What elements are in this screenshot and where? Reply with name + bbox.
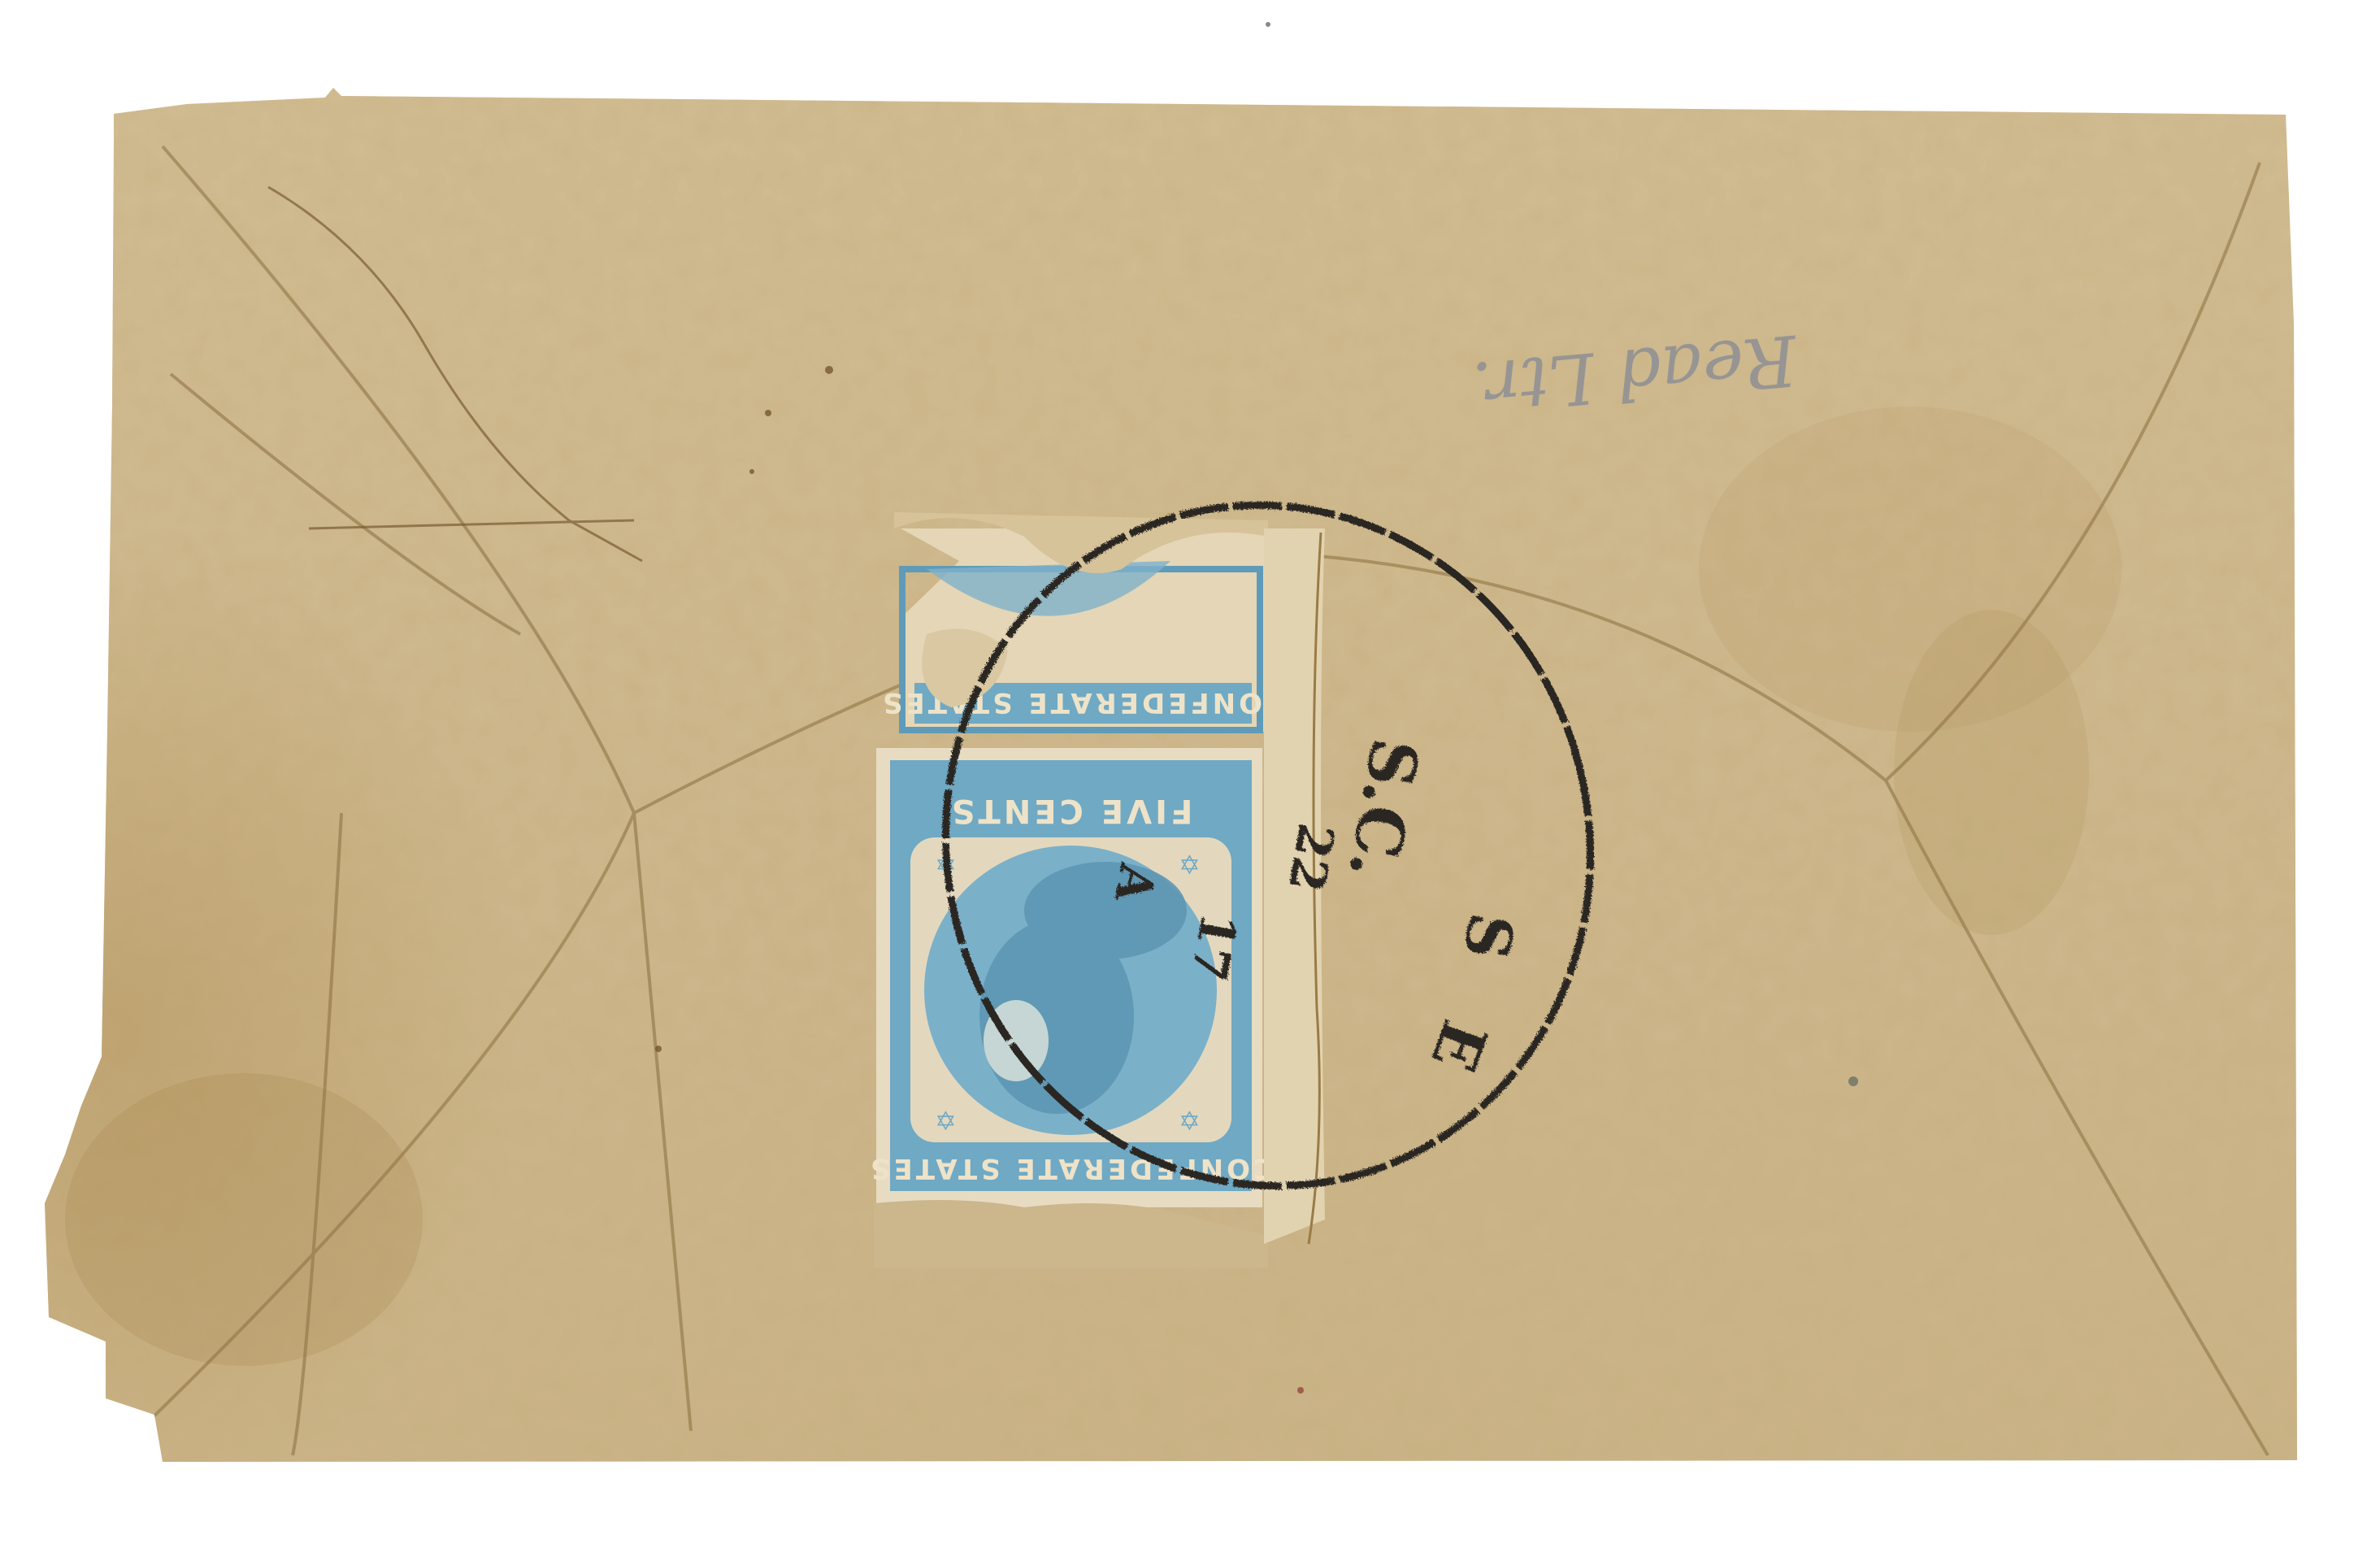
stamp-upper: CONFEDERATE STATES	[879, 512, 1286, 732]
stamp-lower: FIVE CENTS ✡ ✡ ✡ ✡ CONFEDERATE STATES	[867, 748, 1274, 1268]
star-icon: ✡	[935, 1106, 957, 1137]
envelope-photo: CONFEDERATE STATES FIVE CENTS ✡ ✡ ✡ ✡	[0, 0, 2380, 1548]
star-icon: ✡	[1179, 850, 1201, 881]
star-icon: ✡	[1179, 1106, 1201, 1137]
postmark-date: 17	[1179, 908, 1247, 985]
stamp-lower-value: FIVE CENTS	[949, 792, 1193, 829]
postmark-date: 22	[1277, 819, 1344, 895]
stamp-pair: CONFEDERATE STATES FIVE CENTS ✡ ✡ ✡ ✡	[867, 512, 1325, 1268]
